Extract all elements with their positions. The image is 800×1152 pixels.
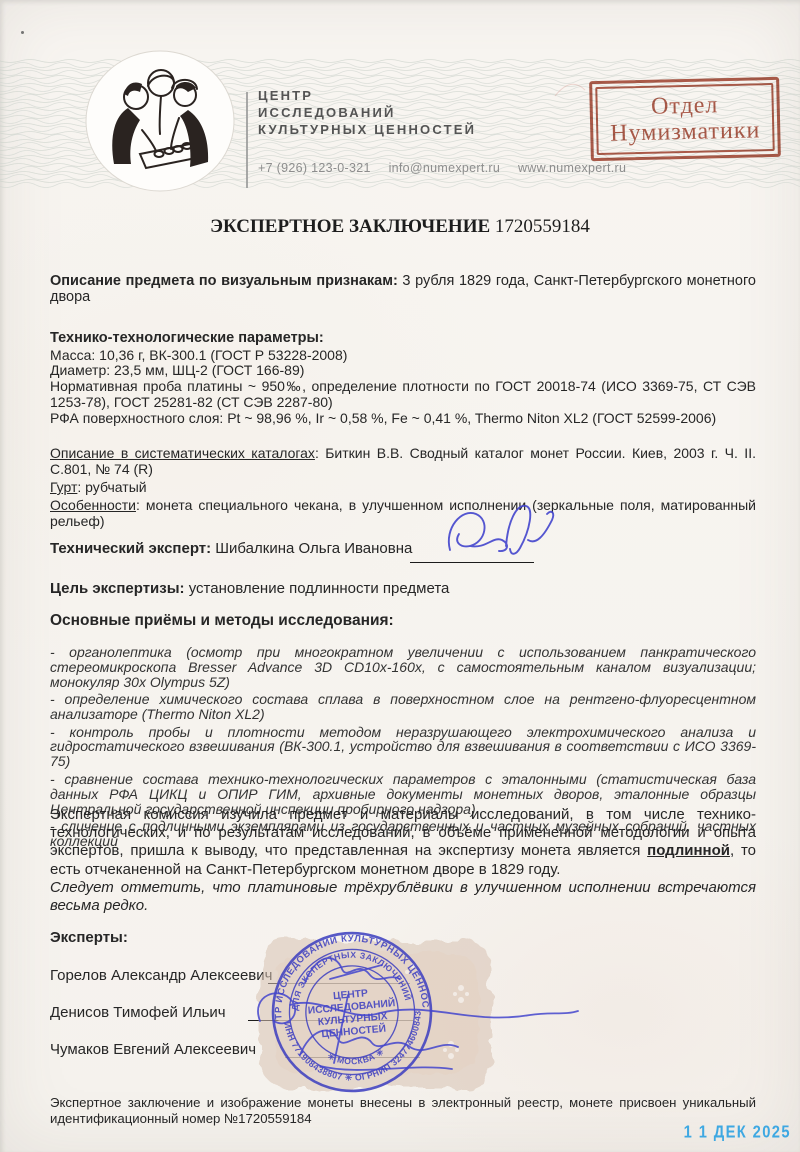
tech-param-diameter: Диаметр: 23,5 мм, ШЦ-2 (ГОСТ 166-89)	[50, 363, 756, 379]
header-contacts: +7 (926) 123-0-321 info@numexpert.ru www…	[258, 161, 640, 175]
expert-name: Чумаков Евгений Алексеевич	[50, 1041, 256, 1058]
technical-expert-name: Шибалкина Ольга Ивановна	[211, 540, 412, 557]
method-item: - определение химического состава сплава…	[50, 692, 756, 722]
tech-params-heading: Технико-технологические параметры:	[50, 331, 756, 347]
conclusion-verdict: подлинной	[647, 842, 730, 859]
website-url: www.numexpert.ru	[518, 161, 626, 175]
conclusion: Экспертная комиссия изучила предмет и ма…	[50, 806, 756, 915]
catalog-label: Описание в систематических каталогах	[50, 445, 315, 461]
tech-params-section: Технико-технологические параметры: Масса…	[50, 331, 756, 426]
numismatics-dept-stamp-border: Отдел Нумизматики	[595, 83, 774, 155]
expert-name: Денисов Тимофей Ильич	[50, 1004, 226, 1021]
features-text: : монета специального чекана, в улучшенн…	[50, 497, 756, 529]
numismatics-dept-stamp: Отдел Нумизматики	[589, 77, 781, 161]
conclusion-note: Следует отметить, что платиновые трёхруб…	[50, 879, 756, 915]
expertise-purpose: Цель экспертизы: установление подлинност…	[50, 581, 756, 597]
title-label: ЭКСПЕРТНОЕ ЗАКЛЮЧЕНИЕ	[210, 216, 490, 237]
email-address: info@numexpert.ru	[389, 161, 501, 175]
edge-text: : рубчатый	[77, 479, 146, 495]
title-number: 1720559184	[495, 216, 590, 237]
document-title: ЭКСПЕРТНОЕ ЗАКЛЮЧЕНИЕ 1720559184	[0, 216, 800, 238]
stamp-line: Отдел	[651, 92, 719, 120]
method-item: - контроль пробы и плотности методом нер…	[50, 725, 756, 770]
scan-artifact-dot	[21, 31, 24, 34]
expert-signatures	[230, 935, 590, 1085]
technical-expert-row: Технический эксперт: Шибалкина Ольга Ива…	[50, 541, 756, 557]
phone-number: +7 (926) 123-0-321	[258, 161, 371, 175]
catalog-reference: Описание в систематических каталогах: Би…	[50, 446, 756, 477]
method-item: - органолептика (осмотр при многократном…	[50, 645, 756, 690]
certificate-page: ЦЕНТР ИССЛЕДОВАНИЙ КУЛЬТУРНЫХ ЦЕННОСТЕЙ …	[0, 0, 800, 1152]
features: Особенности: монета специального чекана,…	[50, 498, 756, 529]
edge-label: Гурт	[50, 479, 77, 495]
tech-param-mass: Масса: 10,36 г, ВК-300.1 (ГОСТ Р 53228-2…	[50, 348, 756, 364]
methods-heading: Основные приёмы и методы исследования:	[50, 613, 756, 629]
date-stamp: 1 1 ДЕК 2025	[684, 1123, 791, 1143]
header-divider	[246, 92, 248, 188]
purpose-text: установление подлинности предмета	[185, 580, 450, 597]
stamp-line: Нумизматики	[610, 117, 761, 146]
logo-appraisers-illustration	[84, 50, 236, 192]
org-name-line: ЦЕНТР	[258, 88, 476, 105]
org-name-line: КУЛЬТУРНЫХ ЦЕННОСТЕЙ	[258, 122, 476, 139]
org-name: ЦЕНТР ИССЛЕДОВАНИЙ КУЛЬТУРНЫХ ЦЕННОСТЕЙ	[258, 88, 476, 138]
org-name-line: ИССЛЕДОВАНИЙ	[258, 105, 476, 122]
technical-expert-label: Технический эксперт:	[50, 540, 211, 557]
tech-param-xrf: РФА поверхностного слоя: Pt ~ 98,96 %, I…	[50, 411, 756, 427]
registry-note: Экспертное заключение и изображение моне…	[50, 1095, 756, 1126]
object-description: Описание предмета по визуальным признака…	[50, 273, 756, 305]
tech-param-assay: Нормативная проба платины ~ 950‰, опреде…	[50, 379, 756, 410]
description-label: Описание предмета по визуальным признака…	[50, 273, 398, 289]
features-label: Особенности	[50, 497, 136, 513]
edge-type: Гурт: рубчатый	[50, 480, 756, 496]
technical-expert-signature	[436, 496, 566, 566]
purpose-label: Цель экспертизы:	[50, 580, 185, 597]
